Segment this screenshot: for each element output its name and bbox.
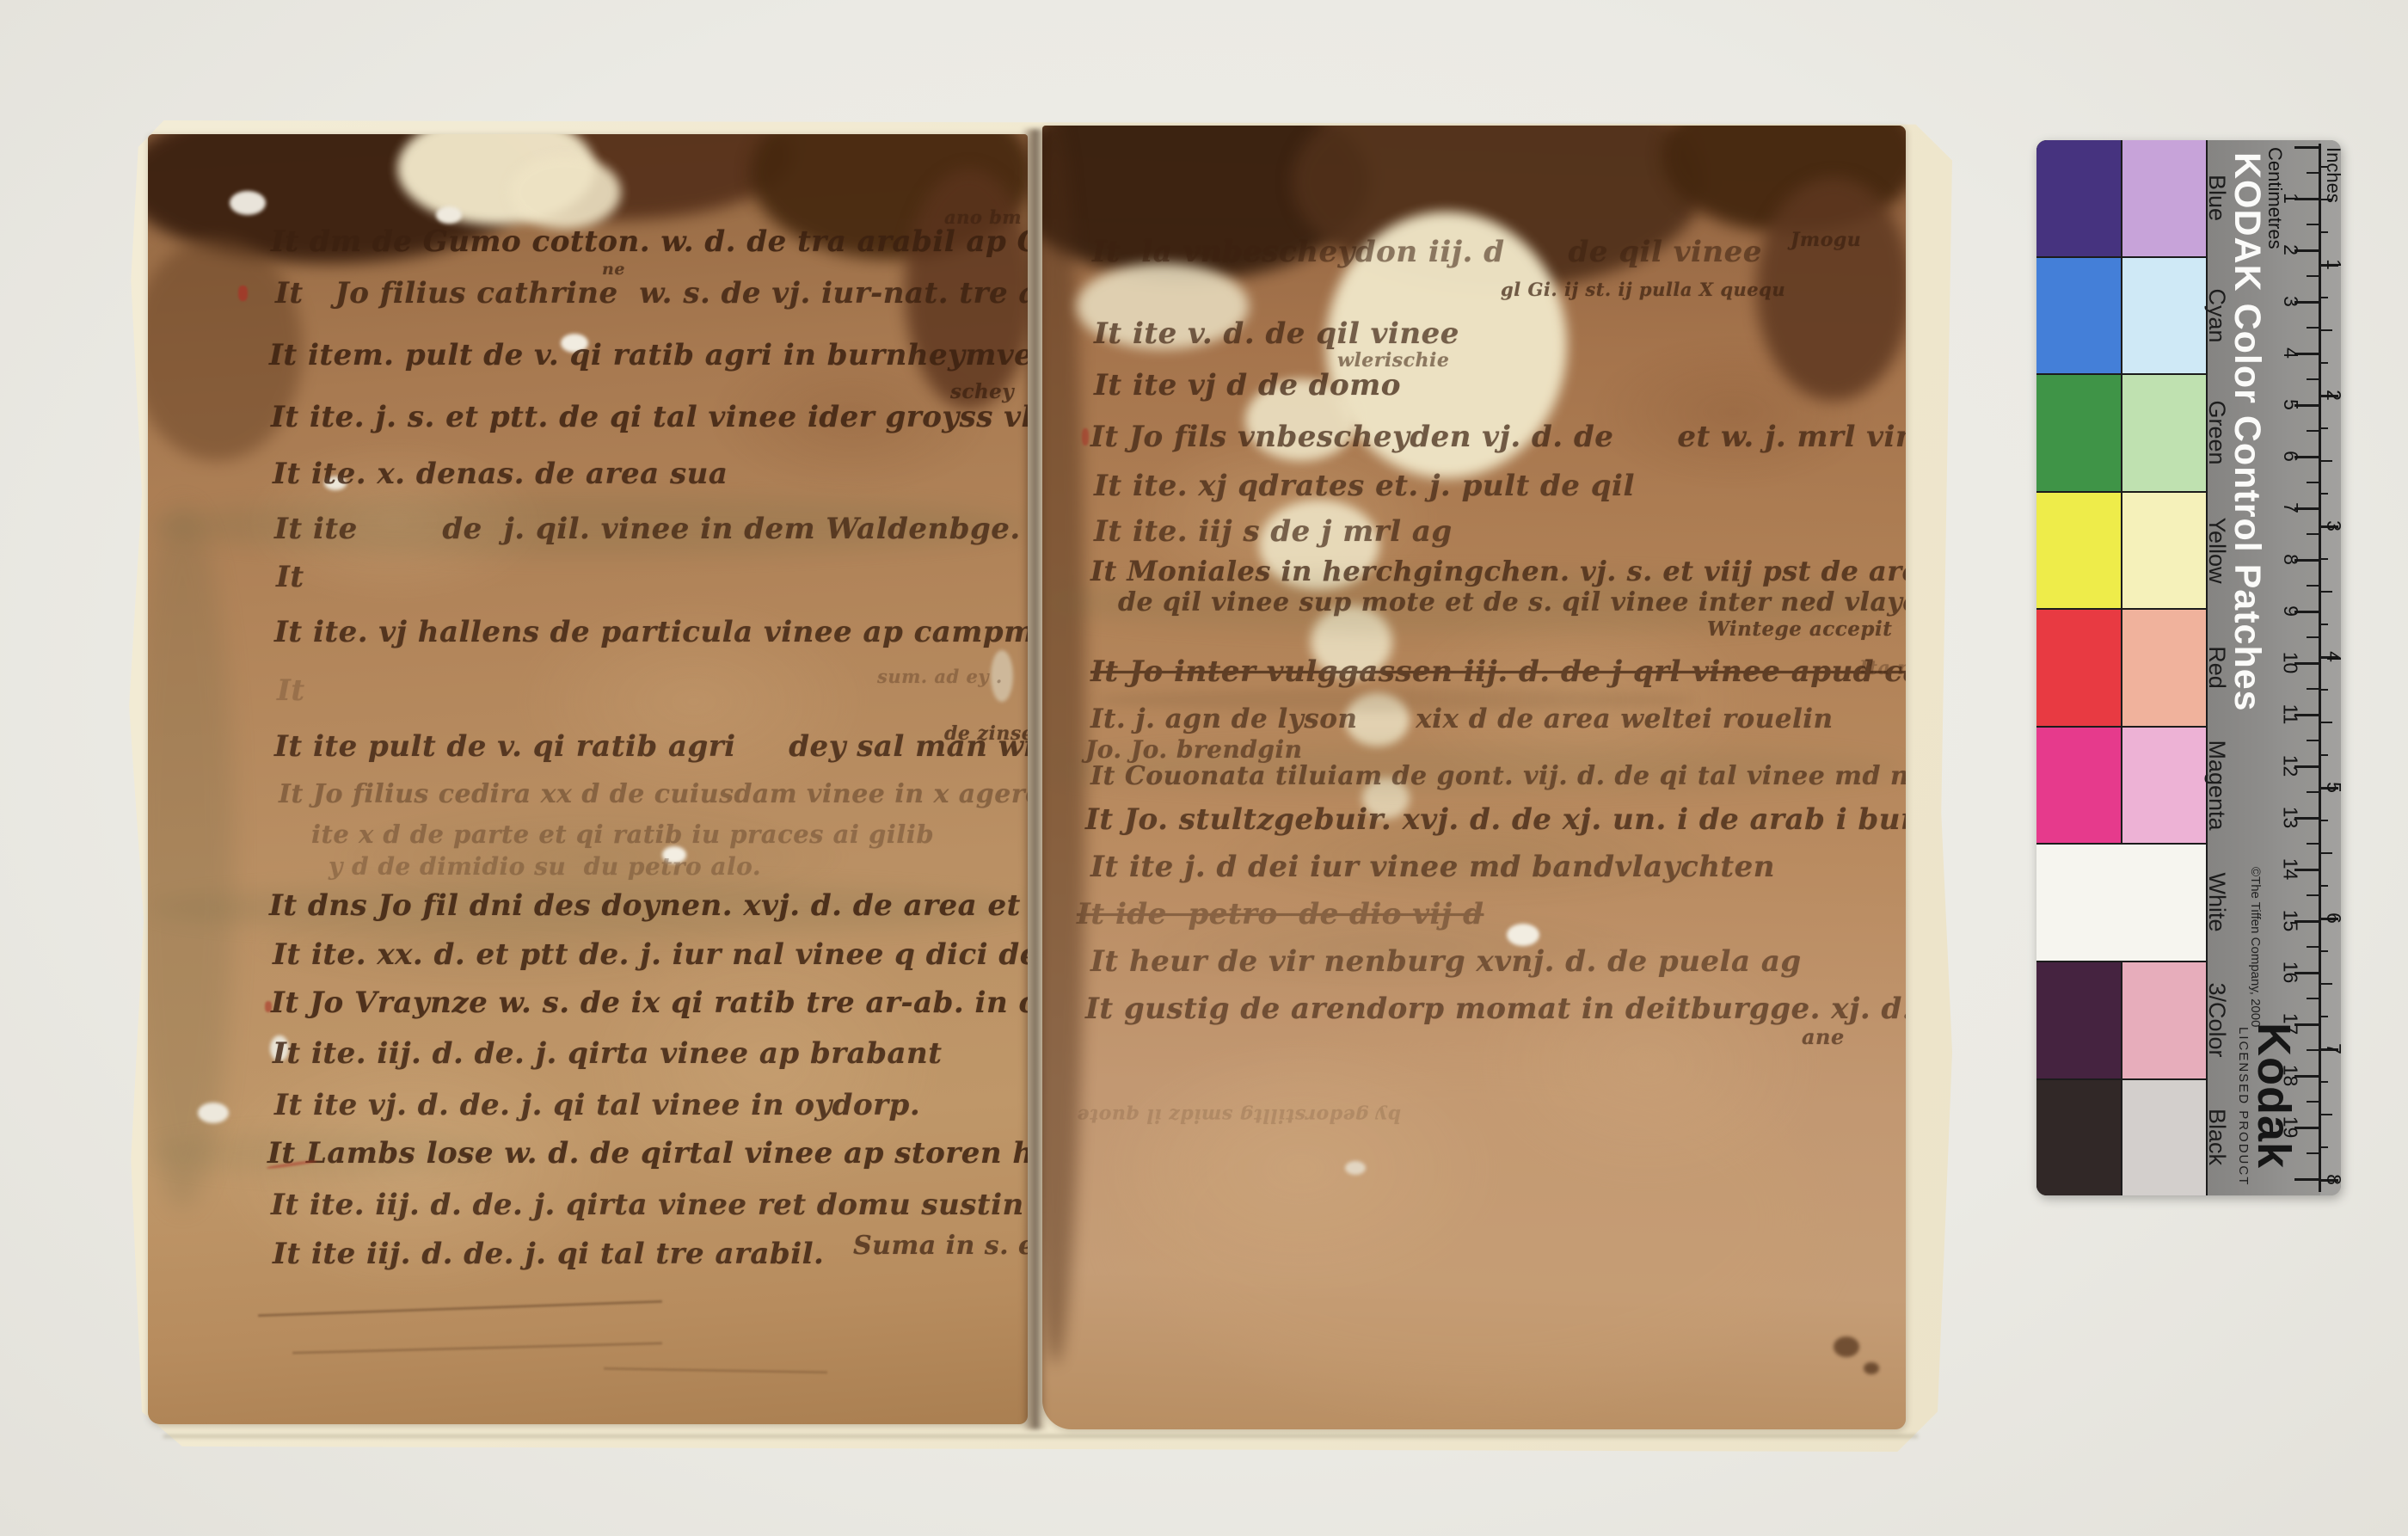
manuscript-line-faded: It ide petro de dio vij d: [1077, 900, 1483, 929]
manuscript-line: It ite de j. qil. vinee in dem Waldenbge…: [274, 514, 1021, 544]
cm-number: 10: [2279, 651, 2302, 673]
repair-fleck: [436, 206, 462, 224]
patch-row-black: [2036, 1080, 2206, 1196]
manuscript-line: It Jo fils vnbescheyden vj. d. de et w. …: [1090, 422, 1906, 452]
cm-number: 19: [2279, 1115, 2302, 1138]
patch-white: [2036, 845, 2206, 961]
manuscript-line: It la vnbescheydon iij. d de qil vinee: [1092, 237, 1762, 267]
marginal-note: gl Gi. ij st. ij pulla X quequ: [1501, 280, 1785, 298]
cm-number: 15: [2279, 909, 2302, 931]
patch-row-red: [2036, 610, 2206, 726]
patch-yellow-tint: [2122, 493, 2207, 609]
inch-number: 7: [2321, 1043, 2341, 1054]
marginal-note: ane: [1802, 1027, 1845, 1048]
patch-red-tint: [2122, 610, 2207, 726]
manuscript-line: It Lambs lose w. d. de qirtal vinee ap s…: [267, 1139, 1028, 1168]
inch-number: 6: [2321, 912, 2341, 924]
marginal-note: wlerischie: [1337, 351, 1449, 370]
manuscript-line: It: [276, 562, 304, 592]
inch-number: 4: [2321, 651, 2341, 662]
marginal-note: ano bm: [944, 208, 1022, 226]
marginal-note: de zinse: [944, 724, 1028, 743]
hole-blob: [509, 156, 621, 229]
patch-row-cyan: [2036, 258, 2206, 374]
patch-row-magenta: [2036, 728, 2206, 844]
cm-number: 4: [2278, 347, 2301, 359]
manuscript-line: It ite. vj hallens de particula vinee ap…: [274, 617, 1028, 647]
cm-number: 11: [2278, 703, 2301, 724]
repair-fleck: [230, 191, 266, 215]
patch-row-blue: [2036, 140, 2206, 256]
manuscript-line: It ite vj. d. de. j. qi tal vinee in oyd…: [274, 1091, 920, 1120]
patch-yellow-solid: [2036, 493, 2121, 609]
patch-row-yellow: [2036, 493, 2206, 609]
red-paragraph-mark: [1082, 428, 1089, 445]
manuscript-line-faded: ite x d de parte et qi ratib iu praces a…: [311, 822, 934, 847]
card-copyright: ©The Tiffen Company, 2000: [2248, 867, 2263, 1027]
patch-cyan-solid: [2036, 258, 2121, 374]
patch-black-tint: [2122, 1080, 2207, 1196]
manuscript-line: It Couonata tiluiam de gont. vij. d. de …: [1090, 764, 1906, 790]
manuscript-line-faded: It Jo filius cedira xx d de cuiusdam vin…: [279, 782, 1028, 808]
manuscript-line: It ite. xj qdrates et. j. pult de qil: [1094, 471, 1635, 501]
licensed-product-label: LICENSED PRODUCT: [2236, 1027, 2251, 1186]
manuscript-line: It dm de Gumo cotton. w. d. de tra arabi…: [271, 227, 1028, 256]
manuscript-line: de qil vinee sup mote et de s. qil vinee…: [1118, 590, 1906, 616]
manuscript-line: It dns Jo fil dni des doynen. xvj. d. de…: [269, 891, 1028, 920]
patch-green-solid: [2036, 375, 2121, 491]
patch-row-3color: [2036, 962, 2206, 1078]
patch-cyan-tint: [2122, 258, 2207, 374]
manuscript-line: It gustig de arendorp momat in deitburgg…: [1085, 994, 1906, 1023]
ghost-line: It: [277, 676, 305, 705]
manuscript-line: It ite. iij s de j mrl ag: [1094, 517, 1453, 546]
patch-row-white: [2036, 845, 2206, 961]
marginal-note: Ita ros: [1859, 659, 1906, 678]
marginal-note: sum. ad ey .: [877, 667, 1003, 685]
manuscript-line: It ite v. d. de qil vinee: [1094, 319, 1459, 348]
cm-number: 16: [2279, 961, 2302, 983]
manuscript-line: It Jo. stultzgebuir. xvj. d. de xj. un. …: [1085, 805, 1906, 834]
manuscript-line: It heur de vir nenburg xvnj. d. de puela…: [1090, 947, 1802, 976]
manuscript-line: It ite pult de v. qi ratib agri dey sal …: [274, 732, 1028, 761]
cm-number: 8: [2278, 554, 2301, 565]
repair-fleck: [1345, 1161, 1366, 1175]
marginal-note: Jmogu: [1791, 230, 1861, 249]
card-title: KODAK Color Control Patches: [2226, 152, 2268, 712]
manuscript-line: It ite. j. s. et ptt. de qi tal vinee id…: [271, 402, 1028, 432]
ink-speckle: [1864, 1362, 1879, 1374]
patch-3color-solid: [2036, 962, 2121, 1078]
patch-red-solid: [2036, 610, 2121, 726]
manuscript-line: It ite. iij. d. de. j. qirta vinee ap br…: [273, 1039, 942, 1068]
ink-speckle: [1834, 1336, 1859, 1357]
manuscript-line: It item. pult de v. qi ratib agri in bur…: [269, 341, 1028, 370]
manuscript-line: It Moniales in herchgingchen. vj. s. et …: [1090, 557, 1906, 585]
manuscript-right-page: It la vnbescheydon iij. d de qil vinee I…: [1042, 126, 1906, 1429]
manuscript-line: It ite vj d de domo: [1094, 371, 1401, 400]
patch-label-black: Black: [2203, 1109, 2230, 1165]
cm-number: 3: [2278, 296, 2301, 307]
patch-green-tint: [2122, 375, 2207, 491]
marginal-note: Wintege accepit: [1707, 619, 1892, 639]
inch-number: 2: [2321, 390, 2341, 401]
color-patch-grid: [2036, 140, 2206, 1195]
cm-number: 2: [2278, 244, 2301, 255]
cm-number: 9: [2278, 605, 2301, 617]
backing-sheet-edge: [163, 1435, 1918, 1438]
manuscript-line: It ite. x. denas. de area sua: [273, 459, 728, 488]
manuscript-line: It ite. iij. d. de. j. qirta vinee ret d…: [271, 1190, 1024, 1220]
marginal-note: ne: [602, 261, 625, 278]
inch-number-column: 12345678: [2324, 199, 2341, 1195]
manuscript-left-page: It dm de Gumo cotton. w. d. de tra arabi…: [148, 134, 1028, 1424]
cm-number: 18: [2279, 1064, 2302, 1086]
kodak-color-card: Blue Cyan Green Yellow Red Magenta White…: [2036, 140, 2341, 1195]
cm-number: 7: [2278, 502, 2301, 513]
cm-number: 6: [2278, 451, 2301, 462]
light-wash: [1128, 1037, 1816, 1398]
patch-magenta-solid: [2036, 728, 2121, 844]
inch-number: 5: [2321, 782, 2341, 793]
patch-label-magenta: Magenta: [2203, 740, 2230, 830]
cm-number: 13: [2279, 806, 2302, 828]
patch-label-white: White: [2203, 872, 2230, 931]
inch-number: 3: [2321, 520, 2341, 531]
patch-label-3color: 3/Color: [2203, 982, 2230, 1057]
patch-3color-tint: [2122, 962, 2207, 1078]
cm-number: 12: [2279, 754, 2302, 777]
repair-fleck: [198, 1103, 229, 1123]
repair-fleck: [1507, 924, 1539, 946]
patch-black-solid: [2036, 1080, 2121, 1196]
manuscript-line: It Jo filius cathrine w. s. de vj. iur-n…: [275, 279, 1028, 308]
showthrough-reversed-line: by gedorstilltg smidz il quote: [1077, 1106, 1401, 1125]
red-paragraph-mark: [238, 286, 248, 301]
patch-magenta-tint: [2122, 728, 2207, 844]
manuscript-line: It ite. xx. d. et ptt de. j. iur nal vin…: [273, 940, 1028, 969]
manuscript-line: Suma in s. et iij. dl: [853, 1233, 1028, 1259]
patch-blue-solid: [2036, 140, 2121, 256]
ghost-line-band: [1094, 689, 1696, 711]
cm-number: 14: [2279, 857, 2302, 880]
photo-scene: It dm de Gumo cotton. w. d. de tra arabi…: [0, 0, 2408, 1536]
cm-minor-ticks: [2307, 172, 2319, 1189]
cm-number-column: 12345678910111213141516171819: [2279, 172, 2301, 1152]
marginal-note: schey: [950, 382, 1014, 402]
patch-row-green: [2036, 375, 2206, 491]
page-gutter-shadow: [1022, 129, 1047, 1429]
manuscript-line: Jo. Jo. brendgin: [1085, 738, 1303, 762]
manuscript-line-faded: y d de dimidio su du petro alo.: [329, 855, 761, 879]
manuscript-line: It ite j. d dei iur vinee md bandvlaycht…: [1090, 852, 1775, 882]
patch-blue-tint: [2122, 140, 2207, 256]
cm-number: 1: [2278, 193, 2301, 204]
red-paragraph-mark: [265, 1001, 272, 1012]
inch-number: 1: [2321, 259, 2341, 270]
inch-number: 8: [2321, 1174, 2341, 1185]
manuscript-line: It Jo Vraynze w. s. de ix qi ratib tre a…: [271, 988, 1028, 1017]
cm-number: 17: [2279, 1012, 2302, 1035]
manuscript-line: It Jo inter vulggassen iij. d. de j qrl …: [1090, 657, 1906, 686]
manuscript-line: It ite iij. d. de. j. qi tal tre arabil.: [273, 1239, 824, 1269]
cm-number: 5: [2278, 399, 2301, 410]
